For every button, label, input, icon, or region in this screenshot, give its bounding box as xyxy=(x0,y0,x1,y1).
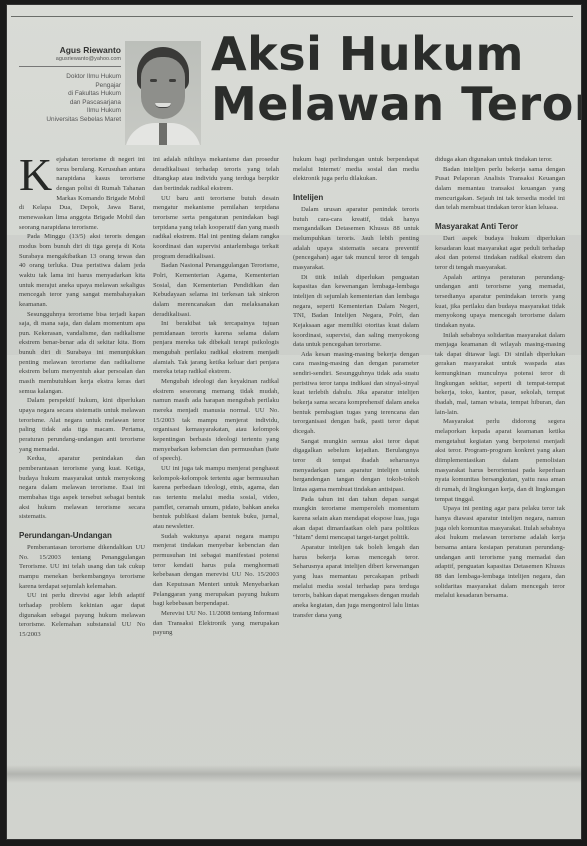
body-paragraph: UU ini juga tak mampu menjerat penghasut… xyxy=(153,464,279,532)
body-paragraph: Pada Minggu (13/5) aksi teroris dengan m… xyxy=(19,232,145,309)
body-paragraph: UU ini perlu direvisi agar lebih adaptif… xyxy=(19,591,145,639)
body-paragraph: Ini berakibat tak tercapainya tujuan pem… xyxy=(153,319,279,377)
body-paragraph: hukum bagi perlindungan untuk berpendapa… xyxy=(293,155,419,184)
role-line: Doktor Ilmu Hukum xyxy=(19,73,121,82)
article-headline: Aksi Hukum Melawan Terorisme xyxy=(211,29,582,129)
author-name: Agus Riewanto xyxy=(19,45,121,55)
article-column-4: diduga akan digunakan untuk tindakan ter… xyxy=(435,155,565,601)
body-paragraph: Aparatur intelijen tak boleh lengah dan … xyxy=(293,543,419,620)
newspaper-page: Agus Riewanto agusriewanto@yahoo.com Dok… xyxy=(6,4,582,840)
author-photo xyxy=(125,41,201,145)
article-column-1: Kejahatan terorisme di negeri ini terus … xyxy=(19,155,145,640)
section-heading: Masyarakat Anti Teror xyxy=(435,222,565,232)
body-paragraph: Dalam perspektif hukum, kini diperlukan … xyxy=(19,396,145,454)
role-line: Pengajar xyxy=(19,82,121,91)
drop-cap: K xyxy=(19,156,52,194)
body-paragraph: Dari aspek budaya hukum diperlukan kesad… xyxy=(435,234,565,273)
body-paragraph: Merevisi UU No. 11/2008 tentang Informas… xyxy=(153,609,279,638)
headline-line-2: Melawan Terorisme xyxy=(211,79,582,129)
author-byline: Agus Riewanto agusriewanto@yahoo.com Dok… xyxy=(19,45,121,125)
body-paragraph: Pemberantasan terorisme dikendalikan UU … xyxy=(19,543,145,591)
section-heading: Intelijen xyxy=(293,193,419,203)
body-paragraph: Kedua, aparatur penindakan dan pemberant… xyxy=(19,454,145,522)
top-rule-divider xyxy=(11,16,573,17)
body-paragraph: Ada kesan masing-masing bekerja dengan c… xyxy=(293,350,419,437)
role-line: di Fakultas Hukum xyxy=(19,90,121,99)
body-paragraph: Upaya ini penting agar para pelaku teror… xyxy=(435,504,565,601)
role-line: Ilmu Hukum xyxy=(19,107,121,116)
body-paragraph: Sudah waktunya aparat negara mampu menje… xyxy=(153,532,279,609)
body-paragraph: Kejahatan terorisme di negeri ini terus … xyxy=(19,155,145,232)
author-email: agusriewanto@yahoo.com xyxy=(19,56,121,67)
section-heading: Perundangan-Undangan xyxy=(19,531,145,541)
article-column-3: hukum bagi perlindungan untuk berpendapa… xyxy=(293,155,419,620)
headline-line-1: Aksi Hukum xyxy=(211,29,582,79)
body-paragraph: Pada tahun ini dan tahun depan sangat mu… xyxy=(293,495,419,543)
body-paragraph: Badan intelijen perlu bekerja sama denga… xyxy=(435,165,565,213)
body-paragraph: Inilah sebabnya solidaritas masyarakat d… xyxy=(435,331,565,418)
article-column-2: ini adalah nihilnya mekanisme dan prosed… xyxy=(153,155,279,638)
body-paragraph: Sangat mungkin semua aksi teror dapat di… xyxy=(293,437,419,495)
body-paragraph: Apalah artinya peraturan perundang-undan… xyxy=(435,273,565,331)
body-paragraph: Mengubah ideologi dan keyakinan radikal … xyxy=(153,377,279,464)
author-role: Doktor Ilmu Hukum Pengajar di Fakultas H… xyxy=(19,73,121,125)
body-paragraph: Masyarakat perlu didorong segera melapor… xyxy=(435,417,565,504)
body-paragraph: Di titik inilah diperlukan penguatan kap… xyxy=(293,273,419,350)
role-line: dan Pascasarjana xyxy=(19,99,121,108)
body-paragraph: Dalam urusan aparatur penindak teroris b… xyxy=(293,205,419,273)
body-paragraph: UU baru anti terorisme butuh desain meng… xyxy=(153,194,279,262)
body-paragraph: Badan Nasional Penanggulangan Terorisme,… xyxy=(153,261,279,319)
role-line: Universitas Sebelas Maret xyxy=(19,116,121,125)
body-paragraph: diduga akan digunakan untuk tindakan ter… xyxy=(435,155,565,165)
body-paragraph: ini adalah nihilnya mekanisme dan prosed… xyxy=(153,155,279,194)
paper-fold-crease xyxy=(7,765,581,783)
body-paragraph: Sesungguhnya terorisme bisa terjadi kapa… xyxy=(19,310,145,397)
